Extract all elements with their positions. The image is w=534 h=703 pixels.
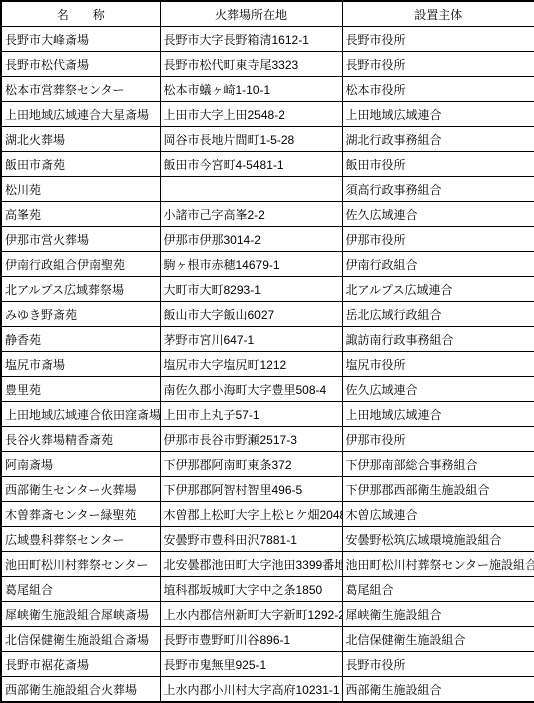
authority-cell: 西部衛生施設組合 [342, 677, 534, 703]
address-cell: 長野市豊野町川谷896-1 [160, 627, 342, 652]
name-cell: 松川苑 [1, 177, 160, 202]
address-cell: 塩尻市大字塩尻町1212 [160, 352, 342, 377]
table-row: 広域豊科葬祭センター安曇野市豊科田沢7881-1安曇野松筑広域環境施設組合 [1, 527, 534, 552]
authority-cell: 松本市役所 [342, 77, 534, 102]
address-cell: 下伊那郡阿智村智里496-5 [160, 477, 342, 502]
address-cell: 長野市大字長野箱清1612-1 [160, 27, 342, 52]
table-row: 松本市営葬祭センター松本市蟻ヶ崎1-10-1松本市役所 [1, 77, 534, 102]
table-header: 名 称 火葬場所在地 設置主体 [1, 1, 534, 27]
address-cell: 大町市大町8293-1 [160, 277, 342, 302]
address-cell: 木曽郡上松町大字上松ヒケ畑2048 [160, 502, 342, 527]
address-cell: 安曇野市豊科田沢7881-1 [160, 527, 342, 552]
authority-cell: 長野市役所 [342, 652, 534, 677]
table-row: 伊那市営火葬場伊那市伊那3014-2伊那市役所 [1, 227, 534, 252]
name-cell: 長野市裾花斎場 [1, 652, 160, 677]
table-row: 北アルプス広域葬祭場大町市大町8293-1北アルプス広域連合 [1, 277, 534, 302]
table-row: 長野市松代斎場長野市松代町東寺尾3323長野市役所 [1, 52, 534, 77]
table-row: 長谷火葬場精香斎苑伊那市長谷市野瀬2517-3伊那市役所 [1, 427, 534, 452]
authority-cell: 伊那市役所 [342, 427, 534, 452]
table-row: 高峯苑小諸市己字高峯2-2佐久広域連合 [1, 202, 534, 227]
table-row: 塩尻市斎場塩尻市大字塩尻町1212塩尻市役所 [1, 352, 534, 377]
authority-cell: 須高行政事務組合 [342, 177, 534, 202]
table-row: 飯田市斎苑飯田市今宮町4-5481-1飯田市役所 [1, 152, 534, 177]
name-cell: 上田地域広域連合依田窪斎場 [1, 402, 160, 427]
name-cell: 松本市営葬祭センター [1, 77, 160, 102]
authority-cell: 佐久広域連合 [342, 377, 534, 402]
authority-cell: 池田町松川村葬祭センター施設組合 [342, 552, 534, 577]
address-cell [160, 177, 342, 202]
name-cell: 葛尾組合 [1, 577, 160, 602]
authority-cell: 伊那市役所 [342, 227, 534, 252]
name-cell: 西部衛生センター火葬場 [1, 477, 160, 502]
name-cell: 木曽葬斎センター緑聖苑 [1, 502, 160, 527]
authority-cell: 北アルプス広域連合 [342, 277, 534, 302]
address-cell: 駒ヶ根市赤穂14679-1 [160, 252, 342, 277]
table-row: 静香苑茅野市宮川647-1諏訪南行政事務組合 [1, 327, 534, 352]
authority-cell: 上田地域広域連合 [342, 402, 534, 427]
header-row: 名 称 火葬場所在地 設置主体 [1, 1, 534, 27]
header-authority: 設置主体 [342, 1, 534, 27]
name-cell: 高峯苑 [1, 202, 160, 227]
name-cell: 上田地域広域連合大星斎場 [1, 102, 160, 127]
name-cell: 阿南斎場 [1, 452, 160, 477]
table-row: 伊南行政組合伊南聖苑駒ヶ根市赤穂14679-1伊南行政組合 [1, 252, 534, 277]
name-cell: 伊那市営火葬場 [1, 227, 160, 252]
table-row: 長野市裾花斎場長野市鬼無里925-1長野市役所 [1, 652, 534, 677]
address-cell: 長野市松代町東寺尾3323 [160, 52, 342, 77]
table-body: 長野市大峰斎場長野市大字長野箱清1612-1長野市役所長野市松代斎場長野市松代町… [1, 27, 534, 703]
name-cell: 湖北火葬場 [1, 127, 160, 152]
name-cell: 長野市松代斎場 [1, 52, 160, 77]
table-row: 葛尾組合埴科郡坂城町大字中之条1850葛尾組合 [1, 577, 534, 602]
name-cell: 塩尻市斎場 [1, 352, 160, 377]
header-address: 火葬場所在地 [160, 1, 342, 27]
table-row: 西部衛生施設組合火葬場上水内郡小川村大字高府10231-1西部衛生施設組合 [1, 677, 534, 703]
address-cell: 長野市鬼無里925-1 [160, 652, 342, 677]
authority-cell: 湖北行政事務組合 [342, 127, 534, 152]
address-cell: 南佐久郡小海町大字豊里508-4 [160, 377, 342, 402]
address-cell: 茅野市宮川647-1 [160, 327, 342, 352]
authority-cell: 上田地域広域連合 [342, 102, 534, 127]
table-row: 長野市大峰斎場長野市大字長野箱清1612-1長野市役所 [1, 27, 534, 52]
address-cell: 上田市大字上田2548-2 [160, 102, 342, 127]
authority-cell: 北信保健衛生施設組合 [342, 627, 534, 652]
name-cell: 広域豊科葬祭センター [1, 527, 160, 552]
address-cell: 松本市蟻ヶ崎1-10-1 [160, 77, 342, 102]
name-cell: 豊里苑 [1, 377, 160, 402]
crematorium-table: 名 称 火葬場所在地 設置主体 長野市大峰斎場長野市大字長野箱清1612-1長野… [0, 0, 534, 703]
name-cell: みゆき野斎苑 [1, 302, 160, 327]
authority-cell: 安曇野松筑広域環境施設組合 [342, 527, 534, 552]
authority-cell: 葛尾組合 [342, 577, 534, 602]
authority-cell: 諏訪南行政事務組合 [342, 327, 534, 352]
table-row: 松川苑須高行政事務組合 [1, 177, 534, 202]
authority-cell: 木曽広域連合 [342, 502, 534, 527]
name-cell: 西部衛生施設組合火葬場 [1, 677, 160, 703]
table-row: 北信保健衛生施設組合斎場長野市豊野町川谷896-1北信保健衛生施設組合 [1, 627, 534, 652]
address-cell: 伊那市伊那3014-2 [160, 227, 342, 252]
table-row: 豊里苑南佐久郡小海町大字豊里508-4佐久広域連合 [1, 377, 534, 402]
name-cell: 長野市大峰斎場 [1, 27, 160, 52]
table-row: 西部衛生センター火葬場下伊那郡阿智村智里496-5下伊那郡西部衛生施設組合 [1, 477, 534, 502]
authority-cell: 長野市役所 [342, 27, 534, 52]
address-cell: 埴科郡坂城町大字中之条1850 [160, 577, 342, 602]
address-cell: 北安曇郡池田町大字池田3399番地1 [160, 552, 342, 577]
authority-cell: 飯田市役所 [342, 152, 534, 177]
address-cell: 小諸市己字高峯2-2 [160, 202, 342, 227]
table-row: みゆき野斎苑飯山市大字飯山6027岳北広域行政組合 [1, 302, 534, 327]
header-name: 名 称 [1, 1, 160, 27]
address-cell: 下伊那郡阿南町東条372 [160, 452, 342, 477]
authority-cell: 長野市役所 [342, 52, 534, 77]
table-row: 木曽葬斎センター緑聖苑木曽郡上松町大字上松ヒケ畑2048木曽広域連合 [1, 502, 534, 527]
name-cell: 飯田市斎苑 [1, 152, 160, 177]
name-cell: 池田町松川村葬祭センター [1, 552, 160, 577]
name-cell: 伊南行政組合伊南聖苑 [1, 252, 160, 277]
address-cell: 岡谷市長地片間町1-5-28 [160, 127, 342, 152]
table-row: 上田地域広域連合依田窪斎場上田市上丸子57-1上田地域広域連合 [1, 402, 534, 427]
authority-cell: 伊南行政組合 [342, 252, 534, 277]
authority-cell: 下伊那郡西部衛生施設組合 [342, 477, 534, 502]
address-cell: 上田市上丸子57-1 [160, 402, 342, 427]
table-row: 阿南斎場下伊那郡阿南町東条372下伊那南部総合事務組合 [1, 452, 534, 477]
authority-cell: 岳北広域行政組合 [342, 302, 534, 327]
name-cell: 長谷火葬場精香斎苑 [1, 427, 160, 452]
address-cell: 上水内郡小川村大字高府10231-1 [160, 677, 342, 703]
address-cell: 伊那市長谷市野瀬2517-3 [160, 427, 342, 452]
authority-cell: 佐久広域連合 [342, 202, 534, 227]
address-cell: 飯山市大字飯山6027 [160, 302, 342, 327]
address-cell: 飯田市今宮町4-5481-1 [160, 152, 342, 177]
name-cell: 北アルプス広域葬祭場 [1, 277, 160, 302]
name-cell: 静香苑 [1, 327, 160, 352]
authority-cell: 下伊那南部総合事務組合 [342, 452, 534, 477]
name-cell: 北信保健衛生施設組合斎場 [1, 627, 160, 652]
table-row: 湖北火葬場岡谷市長地片間町1-5-28湖北行政事務組合 [1, 127, 534, 152]
table-row: 上田地域広域連合大星斎場上田市大字上田2548-2上田地域広域連合 [1, 102, 534, 127]
authority-cell: 塩尻市役所 [342, 352, 534, 377]
table-row: 池田町松川村葬祭センター北安曇郡池田町大字池田3399番地1池田町松川村葬祭セン… [1, 552, 534, 577]
